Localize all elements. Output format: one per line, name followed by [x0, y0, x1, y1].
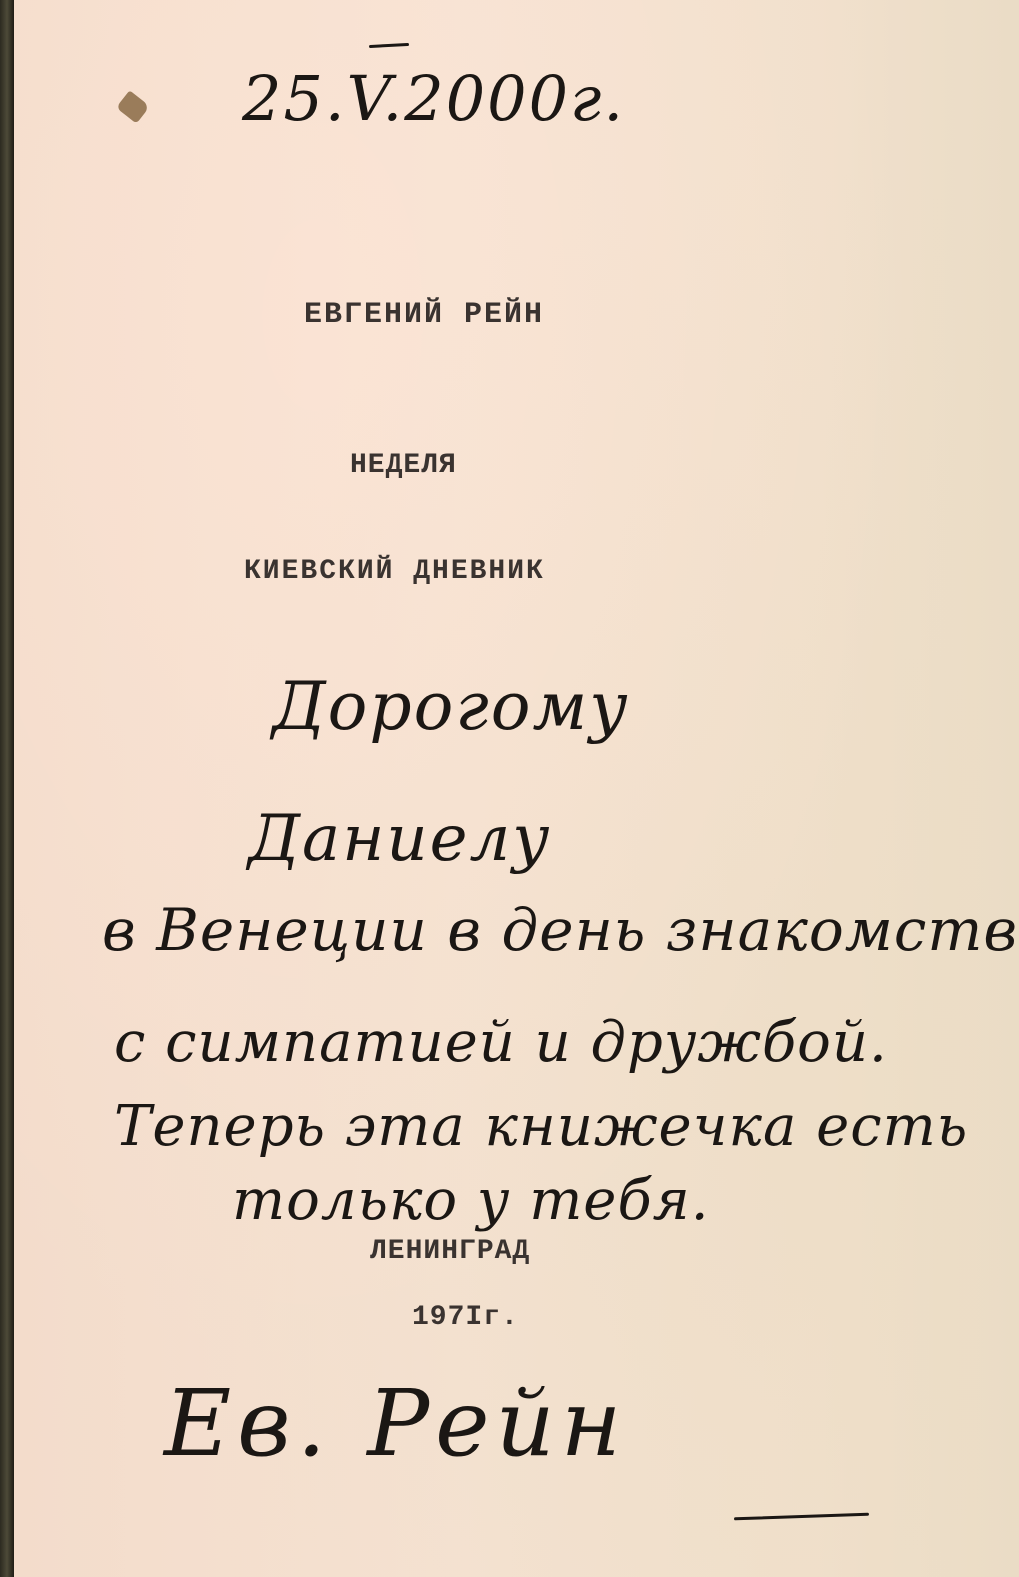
book-title: НЕДЕЛЯ: [350, 450, 457, 481]
publication-year: 197Iг.: [412, 1302, 519, 1333]
author-name: ЕВГЕНИЙ РЕЙН: [304, 298, 544, 332]
book-spine-edge: [0, 0, 14, 1577]
author-signature: Ев. Рейн: [164, 1370, 627, 1477]
book-subtitle: КИЕВСКИЙ ДНЕВНИК: [244, 556, 545, 587]
inscription-line-6: только у тебя.: [232, 1168, 710, 1233]
publication-city: ЛЕНИНГРАД: [370, 1236, 530, 1267]
inscription-line-1: Дорогому: [272, 668, 629, 745]
inscription-line-4: с симпатией и дружбой.: [114, 1010, 888, 1075]
signature-flourish: [734, 1513, 869, 1521]
date-overline-mark: [369, 43, 409, 48]
paper-stain: [116, 90, 150, 123]
title-page: 25.V.2000г. ЕВГЕНИЙ РЕЙН НЕДЕЛЯ КИЕВСКИЙ…: [14, 0, 1019, 1577]
handwritten-date: 25.V.2000г.: [242, 62, 625, 135]
inscription-line-2: Даниелу: [248, 802, 551, 876]
inscription-line-5: Теперь эта книжечка есть: [114, 1094, 968, 1159]
inscription-line-3: в Венеции в день знакомства: [102, 896, 1019, 964]
